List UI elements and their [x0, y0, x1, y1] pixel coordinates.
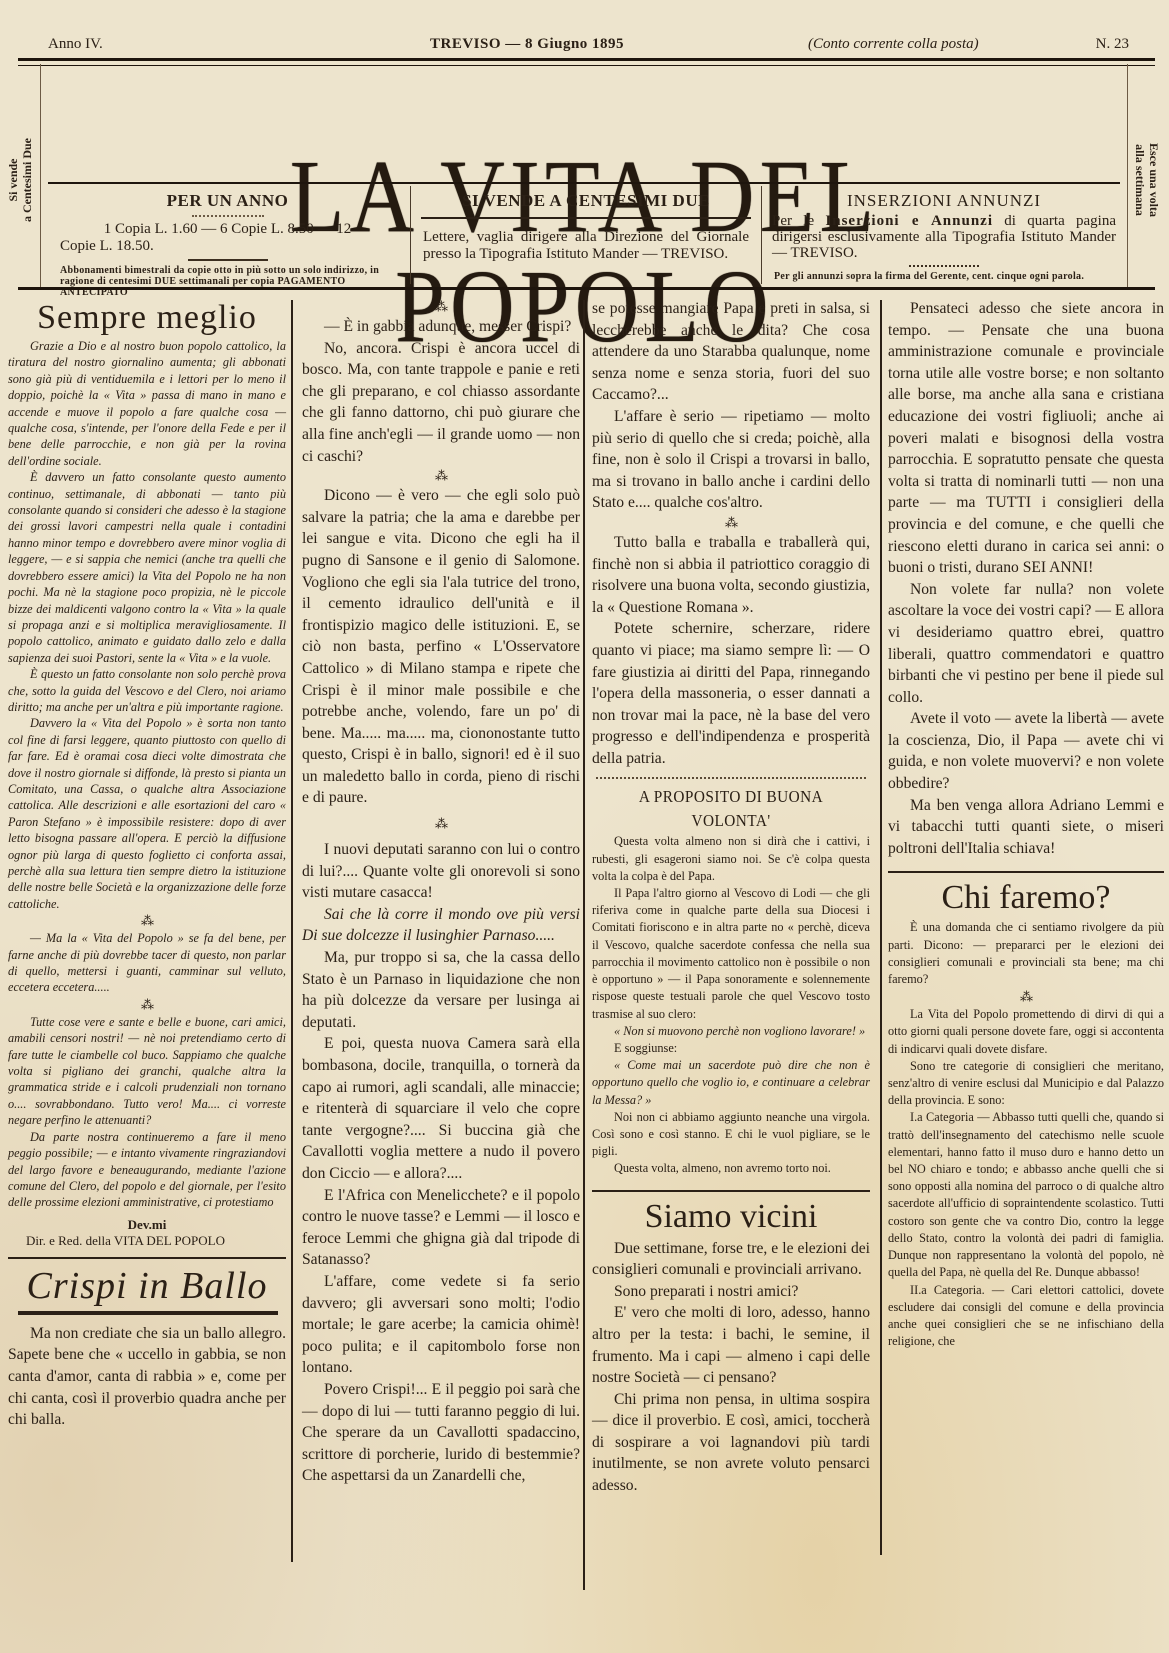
- column-divider: [291, 300, 293, 1562]
- subscription-note: Abbonamenti bimestrali da copie otto in …: [50, 265, 405, 298]
- asterism-ornament: ⁂: [8, 914, 286, 928]
- quote: « Come mai un sacerdote può dire che non…: [592, 1057, 870, 1109]
- divider: [40, 64, 41, 289]
- column-4: Pensateci adesso che siete ancora in tem…: [888, 298, 1164, 1628]
- sale-text: Lettere, vaglia dirigere alla Direzione …: [411, 229, 761, 263]
- article-proposito: Questa volta almeno non si dirà che i ca…: [592, 833, 870, 1177]
- paragraph: È davvero un fatto consolante questo aum…: [8, 469, 286, 666]
- paragraph: Ma non crediate che sia un ballo allegro…: [8, 1323, 286, 1431]
- asterism-ornament: ⁂: [8, 998, 286, 1012]
- paragraph: E l'Africa con Menelicchete? e il popolo…: [302, 1185, 580, 1271]
- divider: [8, 1257, 286, 1259]
- paragraph: Tutto balla e traballa e traballerà qui,…: [592, 532, 870, 618]
- article-crispi-part-1: Ma non crediate che sia un ballo allegro…: [8, 1323, 286, 1431]
- column-divider: [880, 300, 882, 1555]
- paragraph: II.a Categoria. — Cari elettori cattolic…: [888, 1282, 1164, 1351]
- article-title-chi-faremo: Chi faremo?: [888, 877, 1164, 919]
- paragraph: Avete il voto — avete la libertà — avete…: [888, 708, 1164, 794]
- paragraph: — È in gabbia adunque, messer Crispi?: [302, 316, 580, 338]
- paragraph: I nuovi deputati saranno con lui o contr…: [302, 839, 580, 904]
- article-title-sempre-meglio: Sempre meglio: [8, 298, 286, 338]
- signature-direction: Dir. e Red. della VITA DEL POPOLO: [8, 1233, 286, 1249]
- article-chi-faremo: È una domanda che ci sentiamo rivolgere …: [888, 919, 1164, 1350]
- subscription-prices: 1 Copia L. 1.60 — 6 Copie L. 8.50 — 12: [50, 221, 405, 238]
- signature-devmi: Dev.mi: [8, 1217, 286, 1233]
- paragraph: Grazie a Dio e al nostro buon popolo cat…: [8, 338, 286, 469]
- newspaper-page: Anno IV. TREVISO — 8 Giugno 1895 (Conto …: [0, 0, 1169, 1653]
- paragraph: L'affare, come vedete si fa serio davver…: [302, 1271, 580, 1379]
- side-right-line-1: Esce una volta: [1147, 143, 1161, 217]
- side-label-left: Si vende a Centesimi Due: [2, 70, 38, 290]
- quote: « Non si muovono perchè non vogliono lav…: [592, 1023, 870, 1040]
- asterism-ornament: ⁂: [888, 990, 1164, 1004]
- paragraph: I.a Categoria — Abbasso tutti quelli che…: [888, 1109, 1164, 1281]
- paragraph: E poi, questa nuova Camera sarà ella bom…: [302, 1033, 580, 1184]
- article-siamo-vicini-part-1: Due settimane, forse tre, e le elezioni …: [592, 1238, 870, 1497]
- paragraph: È una domanda che ci sentiamo rivolgere …: [888, 919, 1164, 988]
- ads-title: INSERZIONI ANNUNZI: [764, 191, 1124, 211]
- divider: [18, 1311, 278, 1315]
- column-divider: [583, 300, 585, 1590]
- paragraph: Noi non ci abbiamo aggiunto neanche una …: [592, 1109, 870, 1161]
- divider: [592, 1190, 870, 1192]
- side-label-right: Esce una volta alla settimana: [1129, 70, 1165, 290]
- paragraph: Tutte cose vere e sante e belle e buone,…: [8, 1014, 286, 1129]
- side-left-line-1: Si vende: [6, 138, 20, 222]
- paragraph: E' vero che molti di loro, adesso, hanno…: [592, 1302, 870, 1388]
- issue-number: N. 23: [1096, 36, 1129, 53]
- divider: [596, 777, 866, 779]
- verse-quote: Sai che là corre il mondo ove più versi …: [302, 904, 580, 947]
- paragraph: Dicono — è vero — che egli solo può salv…: [302, 485, 580, 809]
- paragraph: Povero Crispi!... E il peggio poi sarà c…: [302, 1379, 580, 1487]
- sale-title: SI VENDE A CENTESIMI DUE: [411, 191, 761, 211]
- divider: [188, 259, 268, 261]
- side-right-line-2: alla settimana: [1133, 143, 1147, 217]
- subscription-title: PER UN ANNO: [50, 191, 405, 211]
- paragraph: È questo un fatto consolante non solo pe…: [8, 666, 286, 715]
- paragraph: Non volete far nulla? non volete ascolta…: [888, 579, 1164, 709]
- asterism-ornament: ⁂: [302, 300, 580, 314]
- paragraph: La Vita del Popolo promettendo di dirvi …: [888, 1006, 1164, 1058]
- place-date: TREVISO — 8 Giugno 1895: [430, 36, 624, 53]
- paragraph: Sono preparati i nostri amici?: [592, 1281, 870, 1303]
- asterism-ornament: ⁂: [302, 817, 580, 831]
- dateline: Anno IV. TREVISO — 8 Giugno 1895 (Conto …: [48, 36, 1129, 58]
- paragraph: E soggiunse:: [592, 1040, 870, 1057]
- sale-box: SI VENDE A CENTESIMI DUE Lettere, vaglia…: [410, 186, 762, 284]
- paragraph: Chi prima non pensa, in ultima sospira —…: [592, 1389, 870, 1497]
- masthead-rule: [48, 182, 1120, 184]
- ads-text-prefix: Per le: [772, 213, 825, 229]
- ornament-rule: [192, 213, 264, 217]
- paragraph: L'affare è serio — ripetiamo — molto più…: [592, 406, 870, 514]
- article-crispi-part-2: ⁂ — È in gabbia adunque, messer Crispi? …: [302, 300, 580, 1487]
- article-title-crispi: Crispi in Ballo: [8, 1263, 286, 1309]
- paragraph: No, ancora. Crispi è ancora uccel di bos…: [302, 338, 580, 468]
- article-title-siamo-vicini: Siamo vicini: [592, 1196, 870, 1238]
- paragraph: Due settimane, forse tre, e le elezioni …: [592, 1238, 870, 1281]
- paragraph: Il Papa l'altro giorno al Vescovo di Lod…: [592, 885, 870, 1023]
- divider: [888, 871, 1164, 873]
- paragraph: Ma, pur troppo si sa, che la cassa dello…: [302, 947, 580, 1033]
- article-sempre-meglio: Grazie a Dio e al nostro buon popolo cat…: [8, 338, 286, 1211]
- paragraph: Potete schernire, scherzare, ridere quan…: [592, 618, 870, 769]
- asterism-ornament: ⁂: [592, 516, 870, 530]
- column-1: Sempre meglio Grazie a Dio e al nostro b…: [8, 298, 286, 1628]
- year-label: Anno IV.: [48, 36, 103, 53]
- column-3: se potesse mangiare Papa e preti in sals…: [592, 298, 870, 1628]
- paragraph: Questa volta almeno non si dirà che i ca…: [592, 833, 870, 885]
- postal-account-note: (Conto corrente colla posta): [808, 36, 979, 53]
- ads-box: INSERZIONI ANNUNZI Per le Inserzioni e A…: [764, 186, 1124, 284]
- paragraph: Davvero la « Vita del Popolo » è sorta n…: [8, 715, 286, 912]
- paragraph: Sono tre categorie di consiglieri che me…: [888, 1058, 1164, 1110]
- side-left-line-2: a Centesimi Due: [20, 138, 34, 222]
- article-title-proposito: A PROPOSITO DI BUONA VOLONTA': [606, 785, 856, 833]
- paragraph: Da parte nostra continueremo a fare il m…: [8, 1129, 286, 1211]
- subscription-box: PER UN ANNO 1 Copia L. 1.60 — 6 Copie L.…: [50, 186, 405, 284]
- paragraph: se potesse mangiare Papa e preti in sals…: [592, 298, 870, 406]
- ads-text-bold: Inserzioni e Annunzi: [825, 213, 993, 229]
- column-2: ⁂ — È in gabbia adunque, messer Crispi? …: [302, 298, 580, 1628]
- subscription-prices-2: Copie L. 18.50.: [50, 238, 405, 255]
- paragraph: Pensateci adesso che siete ancora in tem…: [888, 298, 1164, 579]
- article-crispi-part-3: se potesse mangiare Papa e preti in sals…: [592, 298, 870, 769]
- divider: [909, 265, 979, 267]
- asterism-ornament: ⁂: [302, 469, 580, 483]
- paragraph: Questa volta, almeno, non avremo torto n…: [592, 1160, 870, 1177]
- divider: [421, 217, 751, 219]
- header-rule: [18, 287, 1155, 293]
- paragraph: — Ma la « Vita del Popolo » se fa del be…: [8, 930, 286, 996]
- paragraph: Ma ben venga allora Adriano Lemmi e vi t…: [888, 795, 1164, 860]
- ads-text: Per le Inserzioni e Annunzi di quarta pa…: [764, 213, 1124, 261]
- ads-note: Per gli annunzi sopra la firma del Geren…: [764, 271, 1124, 282]
- top-rule: [18, 58, 1155, 66]
- divider: [1127, 64, 1128, 289]
- article-siamo-vicini-part-2: Pensateci adesso che siete ancora in tem…: [888, 298, 1164, 859]
